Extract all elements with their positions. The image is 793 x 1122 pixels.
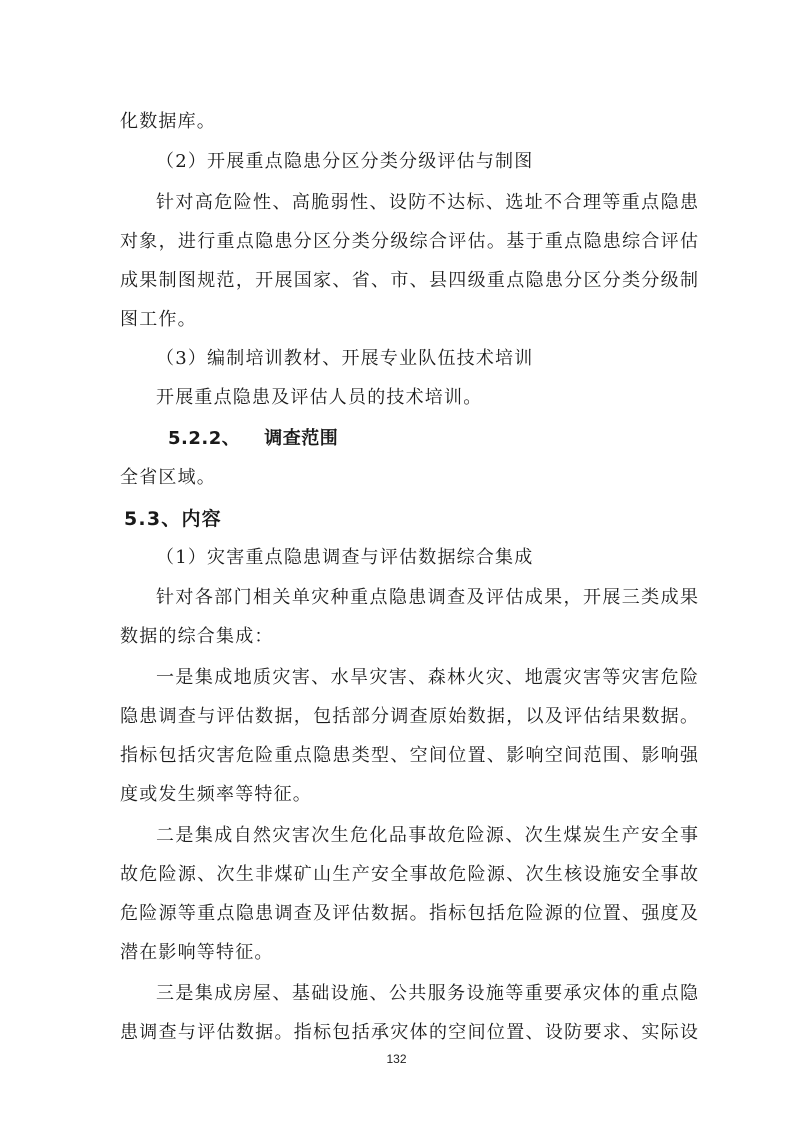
paragraph-line: 二是集成自然灾害次生危化品事故危险源、次生煤炭生产安全事 (120, 824, 698, 848)
section-number: 5.2.2、 (168, 428, 240, 449)
paragraph-line: 化数据库。 (120, 110, 216, 134)
subsection-heading-1: （1）灾害重点隐患调查与评估数据综合集成 (120, 546, 533, 570)
paragraph-line: 成果制图规范，开展国家、省、市、县四级重点隐患分区分类分级制 (120, 269, 698, 293)
paragraph-line: 指标包括灾害危险重点隐患类型、空间位置、影响空间范围、影响强 (120, 744, 698, 768)
paragraph-line: 全省区域。 (120, 466, 216, 490)
paragraph-line: 危险源等重点隐患调查及评估数据。指标包括危险源的位置、强度及 (120, 902, 698, 926)
section-heading-5-3: 5.3、内容 (124, 507, 222, 531)
paragraph-line: 开展重点隐患及评估人员的技术培训。 (120, 386, 482, 410)
paragraph-line: 针对高危险性、高脆弱性、设防不达标、选址不合理等重点隐患 (120, 191, 698, 215)
section-title: 调查范围 (264, 428, 338, 449)
paragraph-line: 一是集成地质灾害、水旱灾害、森林火灾、地震灾害等灾害危险 (120, 666, 698, 690)
paragraph-line: 度或发生频率等特征。 (120, 783, 312, 807)
subsection-heading-2: （2）开展重点隐患分区分类分级评估与制图 (120, 150, 533, 174)
paragraph-line: 针对各部门相关单灾种重点隐患调查及评估成果，开展三类成果 (120, 586, 698, 610)
paragraph-line: 对象，进行重点隐患分区分类分级综合评估。基于重点隐患综合评估 (120, 230, 698, 254)
page-number: 132 (0, 1052, 793, 1066)
section-heading-5-2-2: 5.2.2、调查范围 (168, 427, 338, 451)
paragraph-line: 数据的综合集成： (120, 625, 274, 649)
paragraph-line: 故危险源、次生非煤矿山生产安全事故危险源、次生核设施安全事故 (120, 863, 698, 887)
subsection-heading-3: （3）编制培训教材、开展专业队伍技术培训 (120, 347, 533, 371)
paragraph-line: 隐患调查与评估数据，包括部分调查原始数据，以及评估结果数据。 (120, 705, 698, 729)
paragraph-line: 潜在影响等特征。 (120, 941, 274, 965)
paragraph-line: 三是集成房屋、基础设施、公共服务设施等重要承灾体的重点隐 (120, 982, 698, 1006)
paragraph-line: 图工作。 (120, 308, 197, 332)
paragraph-line: 患调查与评估数据。指标包括承灾体的空间位置、设防要求、实际设 (120, 1021, 698, 1045)
